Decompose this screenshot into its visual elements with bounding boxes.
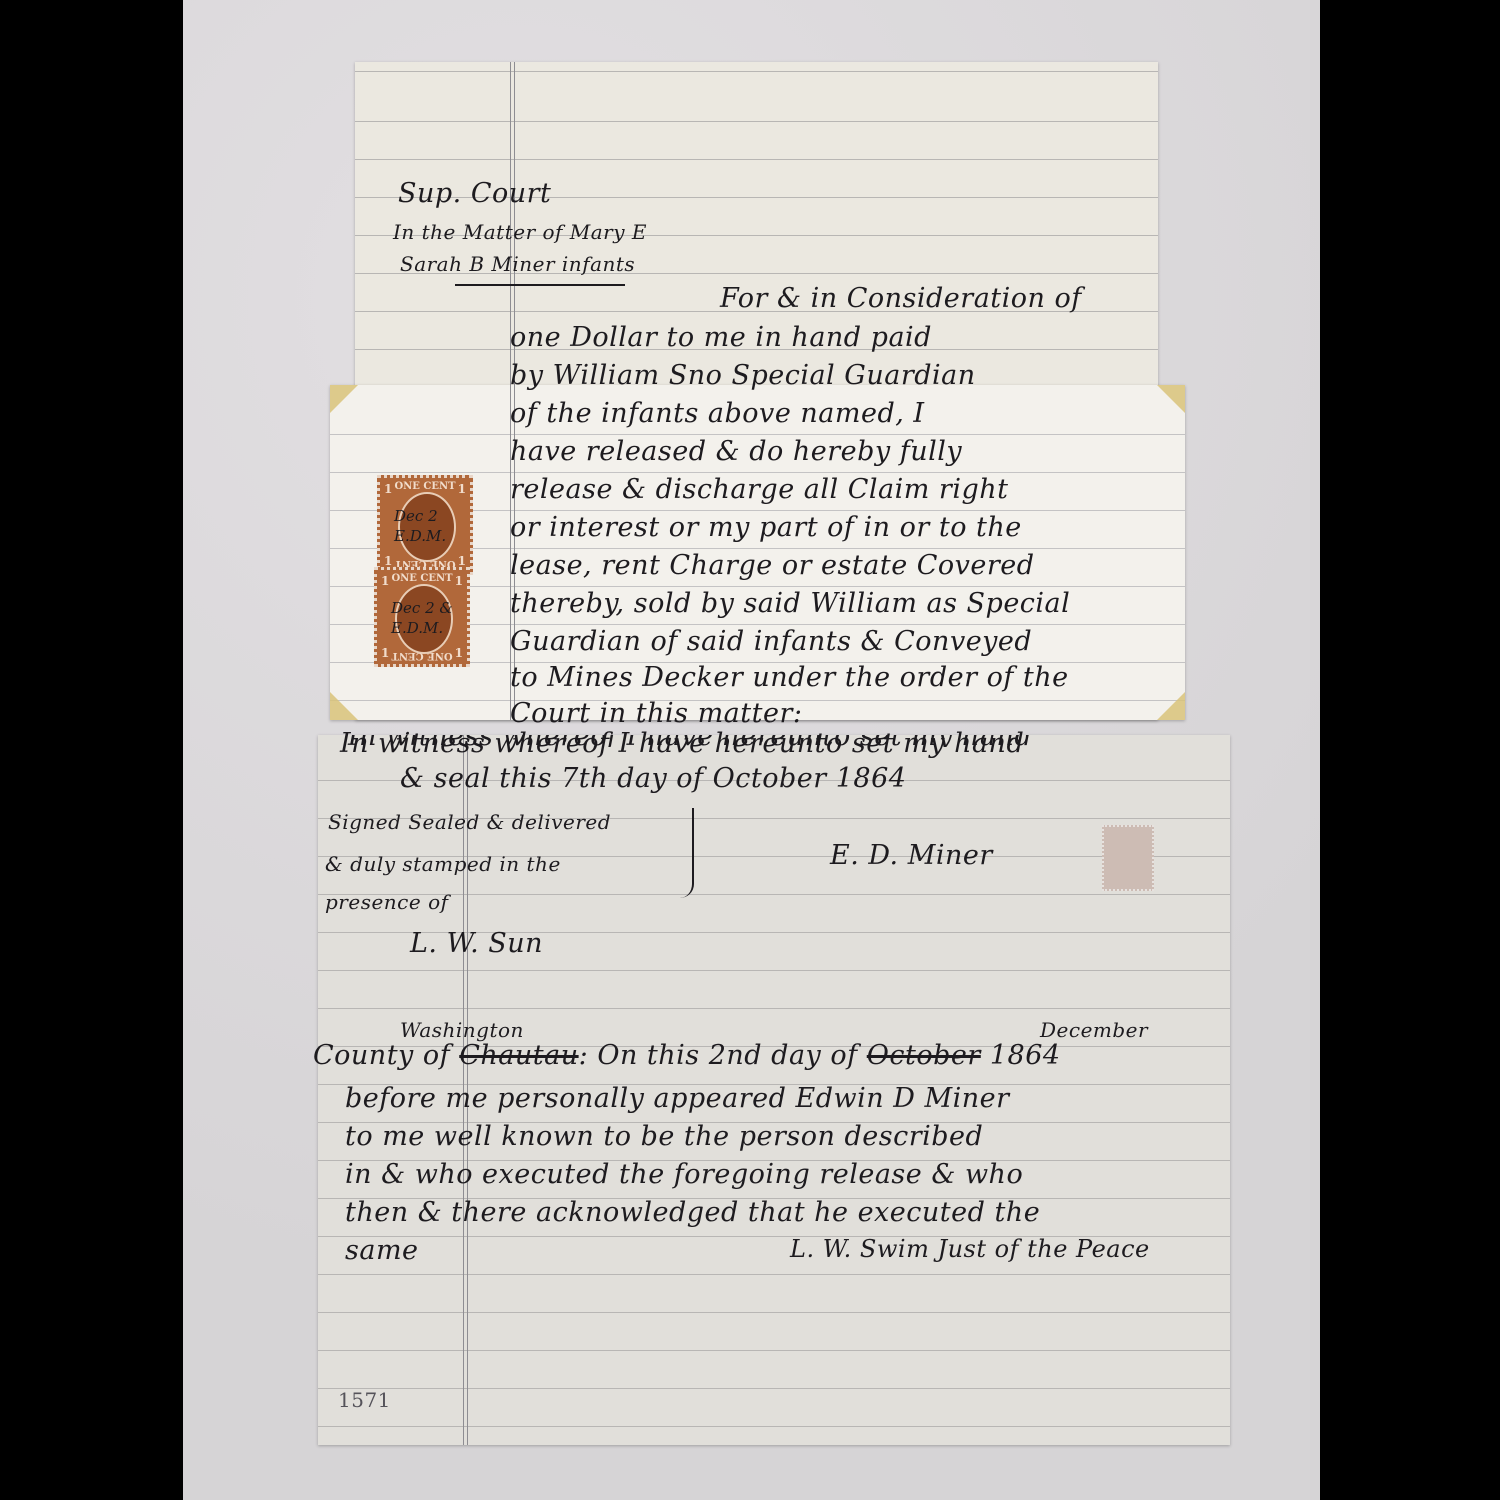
attestation-brace [676,808,694,898]
ack-line: then & there acknowledged that he execut… [345,1197,1040,1228]
stamp-value: 1 [458,554,466,568]
stamp-cancellation: Dec 2 E.D.M. [394,506,446,546]
county-struck: Chautau [459,1040,578,1071]
county-line: County of Chautau: On this 2nd day of Oc… [313,1040,1061,1071]
ack-line: to me well known to be the person descri… [345,1121,983,1152]
body-line: Guardian of said infants & Conveyed [510,626,1032,657]
year: 1864 [990,1040,1061,1071]
margin-number: 1571 [338,1388,391,1412]
body-line: For & in Consideration of [720,283,1082,314]
stamp-value: 1 [381,574,389,588]
stamp-value: 1 [455,646,463,660]
tape-corner [330,692,358,720]
revenue-stamp: ONE CENT ONE CENT 1 1 1 1 Dec 2 & E.D.M. [374,567,470,667]
body-line: by William Sno Special Guardian [510,360,976,391]
stamp-denomination: ONE CENT [377,573,467,584]
county-prefix: County of [313,1040,450,1071]
stamp-denomination: ONE CENT [380,481,470,492]
colon: : [579,1040,589,1071]
stamp-value: 1 [455,574,463,588]
body-line: one Dollar to me in hand paid [510,322,932,353]
attestation-line: presence of [325,890,449,914]
revenue-stamp: ONE CENT ONE CENT 1 1 1 1 Dec 2 E.D.M. [377,475,473,575]
month-inserted: December [1040,1018,1148,1042]
stamp-value: 1 [384,554,392,568]
body-line: Court in this matter: [510,698,802,729]
body-line: thereby, sold by said William as Special [510,588,1070,619]
attestation-line: Signed Sealed & delivered [328,810,611,834]
cancel-line: E.D.M. [391,618,453,638]
caption-line: In the Matter of Mary E [393,220,647,244]
stamp-value: 1 [458,482,466,496]
tape-corner [1157,385,1185,413]
cancel-line: E.D.M. [394,526,446,546]
witness-line: In witness whereof I have hereunto set m… [340,728,1024,759]
tape-corner [1157,692,1185,720]
signer-signature: E. D. Miner [830,840,993,871]
caption-line: Sarah B Miner infants [400,252,635,276]
ack-line: in & who executed the foregoing release … [345,1159,1023,1190]
caption-underline [455,284,625,286]
tape-corner [330,385,358,413]
stamp-cancellation: Dec 2 & E.D.M. [391,598,453,638]
body-line: of the infants above named, I [510,398,925,429]
body-line: have released & do hereby fully [510,436,962,467]
justice-signature: L. W. Swim Just of the Peace [790,1235,1150,1263]
date-prefix: On this 2nd day of [597,1040,857,1071]
stamp-value: 1 [381,646,389,660]
ack-line: same [345,1235,419,1266]
stamp-denomination: ONE CENT [377,650,467,661]
cancel-line: Dec 2 [394,506,446,526]
body-line: lease, rent Charge or estate Covered [510,550,1035,581]
seal-stub [1102,825,1154,891]
county-inserted: Washington [400,1018,524,1042]
attestation-line: & duly stamped in the [325,852,561,876]
body-line: release & discharge all Claim right [510,474,1009,505]
court-heading: Sup. Court [398,178,551,209]
witness-signature: L. W. Sun [410,928,543,959]
ack-line: before me personally appeared Edwin D Mi… [345,1083,1010,1114]
cancel-line: Dec 2 & [391,598,453,618]
witness-line: & seal this 7th day of October 1864 [400,763,906,794]
body-line: or interest or my part of in or to the [510,512,1022,543]
stamp-value: 1 [384,482,392,496]
body-line: to Mines Decker under the order of the [510,662,1069,693]
month-struck: October [867,1040,981,1071]
